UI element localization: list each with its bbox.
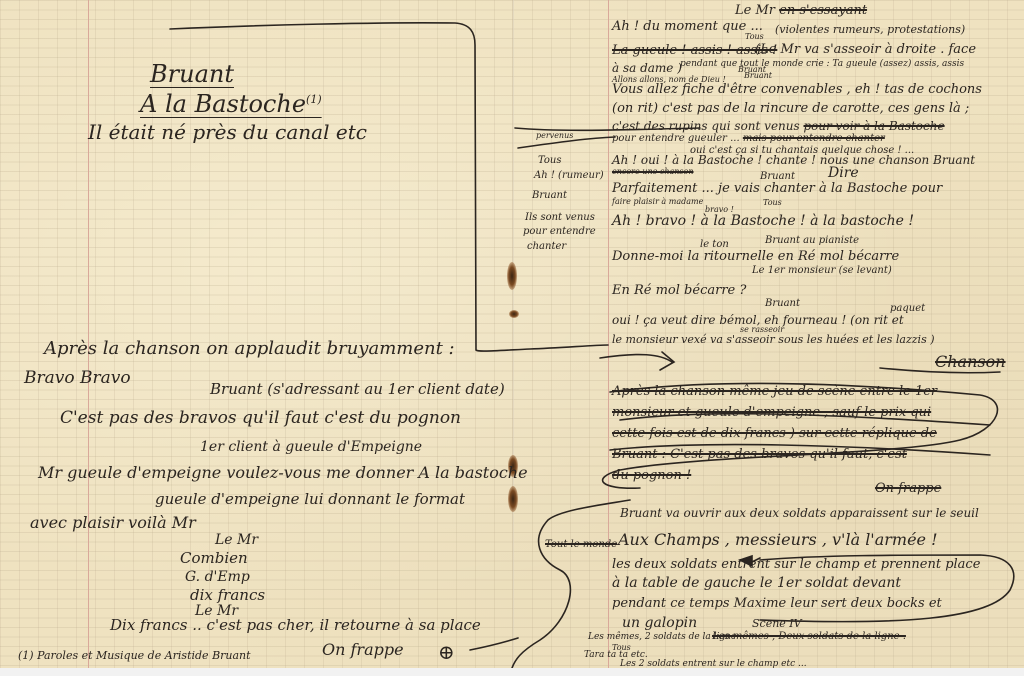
dialogue-line: avec plaisir voilà Mr	[30, 515, 196, 531]
dialogue-line: Ah ! bravo ! à la Bastoche ! à la bastoc…	[612, 214, 914, 228]
speaker-label-text: Le Mr	[735, 3, 775, 18]
scene-heading: Scene IV	[752, 618, 802, 629]
dialogue-line: En Ré mol bécarre ?	[612, 284, 746, 297]
dialogue-text: pour entendre gueuler ...	[612, 133, 740, 144]
dialogue-line: Parfaitement ... je vais chanter à la Ba…	[612, 182, 942, 195]
struck-text: encore une chanson	[612, 167, 694, 176]
crossed-out-line: monsieur et gueule d'empeigne , sauf le …	[612, 406, 931, 419]
stage-direction: (Le Mr va s'asseoir à droite . face	[755, 43, 976, 56]
dialogue-line: Donne-moi la ritournelle en Ré mol bécar…	[612, 250, 899, 263]
dialogue-line: Mr gueule d'empeigne voulez-vous me donn…	[38, 465, 528, 481]
stage-direction: les deux soldats entrent sur le champ et…	[612, 558, 980, 571]
dialogue-line: Aux Champs , messieurs , v'là l'armée !	[618, 532, 938, 548]
staple-stain	[509, 310, 519, 318]
stage-direction: à sa dame )	[612, 62, 682, 74]
speaker-direction: gueule d'empeigne lui donnant le format	[155, 492, 465, 507]
margin-note: Tout le monde	[545, 540, 617, 550]
speaker-label: Le Mr en s'essayant	[735, 4, 867, 17]
margin-note: pour entendre	[523, 227, 596, 237]
inserted-word: Dire	[828, 166, 859, 180]
struck-text: mais pour entendre chanter	[743, 133, 885, 144]
dialogue-line: Vous allez fiche d'être convenables , eh…	[612, 83, 982, 96]
dialogue-line: Dix francs .. c'est pas cher, il retourn…	[110, 618, 481, 633]
stage-direction: On frappe	[322, 642, 404, 658]
page-fold	[512, 0, 514, 668]
staple-stain	[508, 486, 518, 512]
struck-text: La gueule ! assis ! assis !	[612, 43, 777, 58]
margin-note: pervenus	[536, 132, 573, 140]
scan-border	[0, 668, 1024, 676]
margin-note: Ils sont venus	[525, 213, 595, 223]
speaker-label: Tous	[763, 199, 782, 207]
stage-direction: un galopin	[622, 616, 697, 630]
struck-line: encore une chanson	[612, 168, 694, 176]
stage-direction: (violentes rumeurs, protestations)	[775, 24, 965, 35]
struck-text: en s'essayant	[779, 3, 867, 18]
song-title-text: A la Bastoche	[140, 90, 306, 118]
footnote: (1) Paroles et Musique de Aristide Bruan…	[18, 650, 251, 661]
speaker-direction: Bruant au pianiste	[765, 236, 859, 246]
speaker-label: Tous	[745, 33, 764, 41]
flourish-mark: ⊕	[438, 642, 455, 662]
manuscript-spread: Bruant A la Bastoche(1) Il était né près…	[0, 0, 1024, 668]
song-subtitle: Il était né près du canal etc	[88, 122, 367, 142]
speaker-direction: Le 1er monsieur (se levant)	[752, 266, 892, 276]
dialogue-line: dix francs	[190, 588, 265, 603]
margin-note: chanter	[527, 242, 566, 252]
dialogue-line: (on rit) c'est pas de la rincure de caro…	[612, 102, 969, 115]
speaker-label: G. d'Emp	[185, 570, 250, 584]
stage-direction: Après la chanson on applaudit bruyamment…	[44, 340, 455, 358]
crossed-out-line: du pognon !	[612, 469, 691, 482]
right-page-margin-rule	[608, 0, 609, 668]
footnote-mark: (1)	[306, 93, 322, 106]
crossed-out-line: On frappe	[875, 482, 941, 495]
crossed-out-line: Bruant : C'est pas des bravos qu'il faut…	[612, 448, 907, 461]
left-page-margin-rule	[88, 0, 89, 668]
song-title: A la Bastoche(1)	[140, 92, 322, 116]
speaker-direction: 1er client à gueule d'Empeigne	[200, 440, 422, 454]
stage-direction: pendant ce temps Maxime leur sert deux b…	[612, 597, 942, 610]
struck-text: Les mêmes , Deux soldats de la ligne .	[712, 631, 906, 642]
dialogue-line: La gueule ! assis ! assis !	[612, 44, 777, 57]
stage-direction: à la table de gauche le 1er soldat devan…	[612, 576, 901, 590]
dialogue-line: Ah ! du moment que ...	[612, 20, 763, 33]
dialogue-line: pour entendre gueuler ... mais pour ente…	[612, 134, 885, 144]
dialogue-line: C'est pas des bravos qu'il faut c'est du…	[60, 410, 461, 427]
speaker-label: Le Mr	[215, 533, 258, 547]
margin-note: Ah ! (rumeur)	[534, 171, 604, 181]
struck-heading: Chanson	[935, 354, 1006, 370]
staple-stain	[507, 262, 517, 290]
dialogue-line: Bravo Bravo	[24, 370, 131, 387]
author-heading: Bruant	[150, 62, 234, 86]
stage-direction: pendant que tout le monde crie : Ta gueu…	[680, 60, 964, 69]
margin-note: Bruant	[532, 191, 567, 201]
dialogue-line: Ah ! oui ! à la Bastoche ! chante ! nous…	[612, 154, 975, 166]
scene-cast-struck: Les mêmes , Deux soldats de la ligne .	[712, 632, 906, 642]
dialogue-text: c'est des rupins qui sont venus	[612, 119, 800, 133]
dialogue-line: faire plaisir à madame	[612, 198, 703, 206]
crossed-out-line: cette fois est de dix francs ) sur cette…	[612, 427, 937, 440]
dialogue-line: c'est des rupins qui sont venus pour voi…	[612, 120, 945, 132]
struck-text: pour voir à la Bastoche	[804, 119, 945, 133]
dialogue-line: Combien	[180, 551, 248, 566]
speaker-direction: Bruant (s'adressant au 1er client date)	[210, 382, 505, 397]
stage-direction: le monsieur vexé va s'asseoir sous les h…	[612, 334, 935, 345]
crossed-out-line: Après la chanson même jeu de scène entre…	[612, 385, 937, 398]
speaker-label: Bruant	[765, 299, 800, 309]
stage-direction: Bruant va ouvrir aux deux soldats appara…	[620, 507, 979, 519]
margin-note: Tous	[538, 156, 562, 166]
speaker-label: Bruant	[744, 72, 772, 80]
